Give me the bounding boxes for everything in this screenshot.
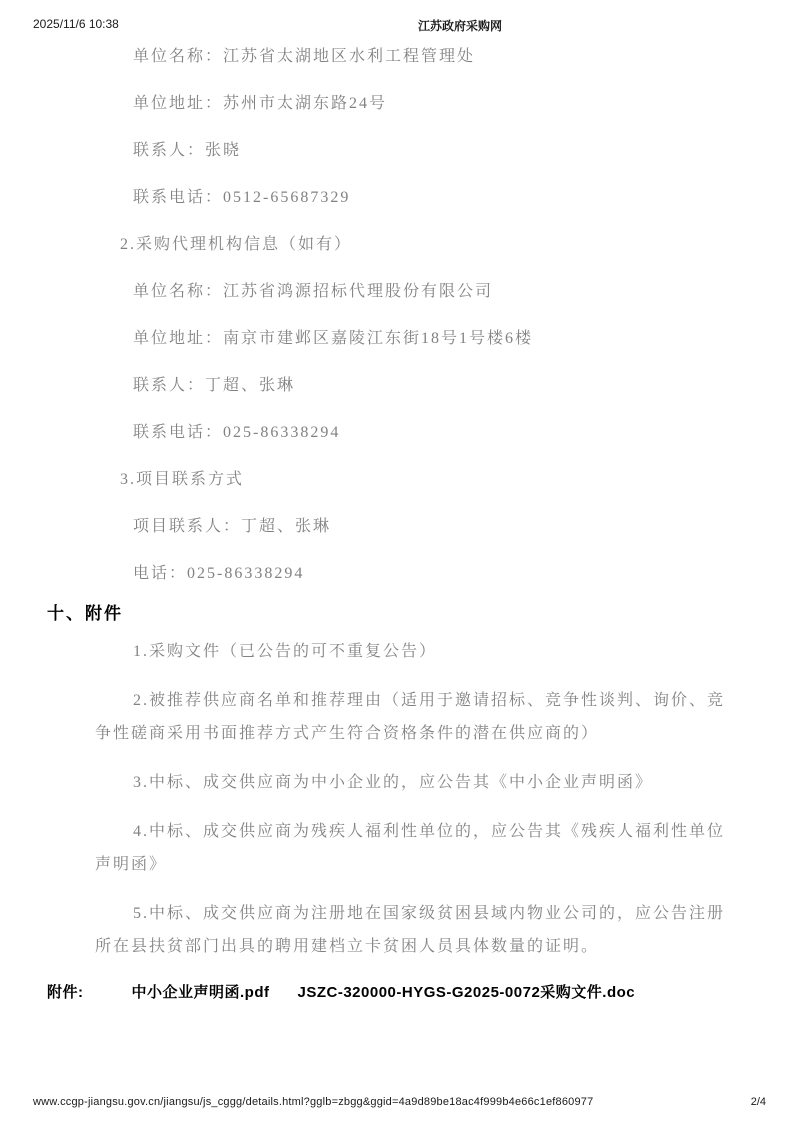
footer-url: www.ccgp-jiangsu.gov.cn/jiangsu/js_cggg/… <box>33 1096 593 1108</box>
attachment-note-item: 4.中标、成交供应商为残疾人福利性单位的，应公告其《残疾人福利性单位声明函》 <box>95 815 735 881</box>
contact-info-line: 单位名称：江苏省太湖地区水利工程管理处 <box>95 40 735 73</box>
contact-info-line: 联系人：张晓 <box>95 134 735 167</box>
attachments-notes-list: 1.采购文件（已公告的可不重复公告） 2.被推荐供应商名单和推荐理由（适用于邀请… <box>95 635 735 963</box>
contact-info-line: 联系电话：0512-65687329 <box>95 181 735 214</box>
attachment-file-link[interactable]: JSZC-320000-HYGS-G2025-0072采购文件.doc <box>298 983 636 1003</box>
document-body: 单位名称：江苏省太湖地区水利工程管理处 单位地址：苏州市太湖东路24号 联系人：… <box>95 40 735 1003</box>
contact-info-subheading: 2.采购代理机构信息（如有） <box>95 228 735 261</box>
page-number: 2/4 <box>751 1096 766 1108</box>
attachment-note-item: 5.中标、成交供应商为注册地在国家级贫困县域内物业公司的，应公告注册所在县扶贫部… <box>95 897 735 963</box>
site-title: 江苏政府采购网 <box>418 17 502 34</box>
contact-info-line: 联系人：丁超、张琳 <box>95 369 735 402</box>
printed-page: 2025/11/6 10:38 江苏政府采购网 单位名称：江苏省太湖地区水利工程… <box>0 0 800 1132</box>
contact-info-line: 项目联系人：丁超、张琳 <box>95 510 735 543</box>
attachment-note-item: 2.被推荐供应商名单和推荐理由（适用于邀请招标、竞争性谈判、询价、竞争性磋商采用… <box>95 684 735 750</box>
contact-info-line: 单位地址：苏州市太湖东路24号 <box>95 87 735 120</box>
contact-info-line: 单位名称：江苏省鸿源招标代理股份有限公司 <box>95 275 735 308</box>
contact-info-subheading: 3.项目联系方式 <box>95 463 735 496</box>
contact-info-section: 单位名称：江苏省太湖地区水利工程管理处 单位地址：苏州市太湖东路24号 联系人：… <box>95 40 735 590</box>
attachment-file-link[interactable]: 中小企业声明函.pdf <box>132 983 270 1003</box>
print-datetime: 2025/11/6 10:38 <box>33 17 119 31</box>
attachments-section-heading: 十、附件 <box>47 604 735 624</box>
attachment-files-row: 附件: 中小企业声明函.pdf JSZC-320000-HYGS-G2025-0… <box>47 983 735 1003</box>
contact-info-line: 电话：025-86338294 <box>95 557 735 590</box>
attachment-note-item: 1.采购文件（已公告的可不重复公告） <box>95 635 735 668</box>
contact-info-line: 单位地址：南京市建邺区嘉陵江东街18号1号楼6楼 <box>95 322 735 355</box>
attachment-note-item: 3.中标、成交供应商为中小企业的，应公告其《中小企业声明函》 <box>95 766 735 799</box>
contact-info-line: 联系电话：025-86338294 <box>95 416 735 449</box>
attachments-label: 附件: <box>47 983 84 1003</box>
